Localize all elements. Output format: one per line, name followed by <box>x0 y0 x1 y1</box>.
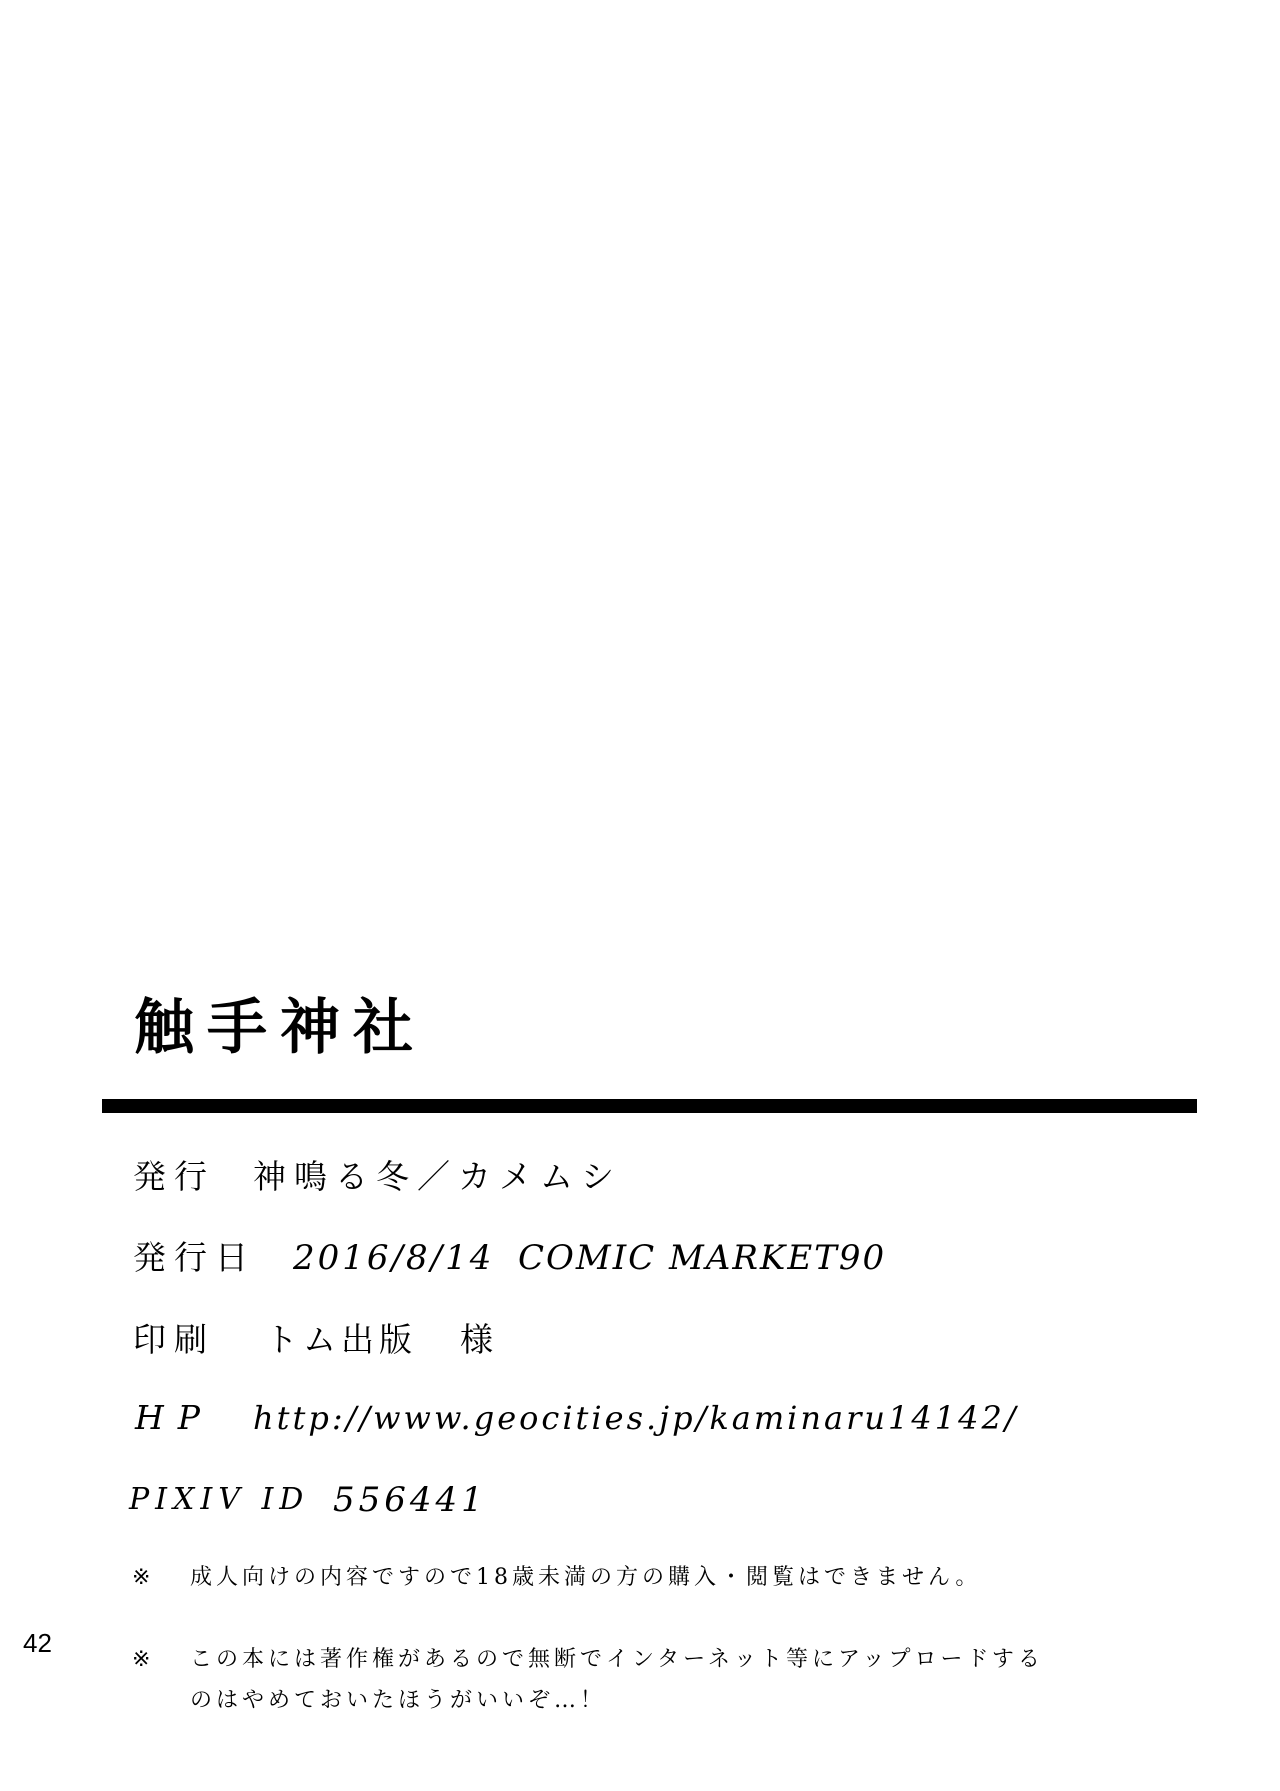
book-title: 触手神社 <box>134 998 426 1058</box>
age-restriction-text: 成人向けの内容ですので18歳未満の方の購入・閲覧はできません。 <box>190 1567 981 1589</box>
publish-date-label: 発行日 <box>133 1238 256 1278</box>
printer-value: トム出版 <box>265 1320 417 1360</box>
publisher-value: 神鳴る冬／カメムシ <box>253 1157 622 1197</box>
publish-date-value: 2016/8/14 <box>293 1238 494 1278</box>
page-number: 42 <box>23 1630 52 1656</box>
publisher-label: 発行 <box>133 1157 215 1197</box>
copyright-text: この本には著作権があるので無断でインターネット等にアップロードする <box>190 1649 1044 1671</box>
homepage-url[interactable]: http://www.geocities.jp/kaminaru14142/ <box>253 1398 1019 1438</box>
pixiv-label: PIXIV ID <box>129 1480 309 1520</box>
printer-label: 印刷 <box>133 1320 215 1360</box>
reference-mark-icon: ※ <box>132 1567 154 1589</box>
reference-mark-icon: ※ <box>132 1649 154 1671</box>
title-divider <box>102 1099 1197 1113</box>
pixiv-id: 556441 <box>333 1480 487 1520</box>
copyright-continuation: のはやめておいたほうがいいぞ…！ <box>190 1690 606 1712</box>
printer-honorific: 様 <box>460 1320 501 1360</box>
homepage-label: HP <box>135 1398 214 1438</box>
publish-event: COMIC MARKET90 <box>518 1238 886 1278</box>
